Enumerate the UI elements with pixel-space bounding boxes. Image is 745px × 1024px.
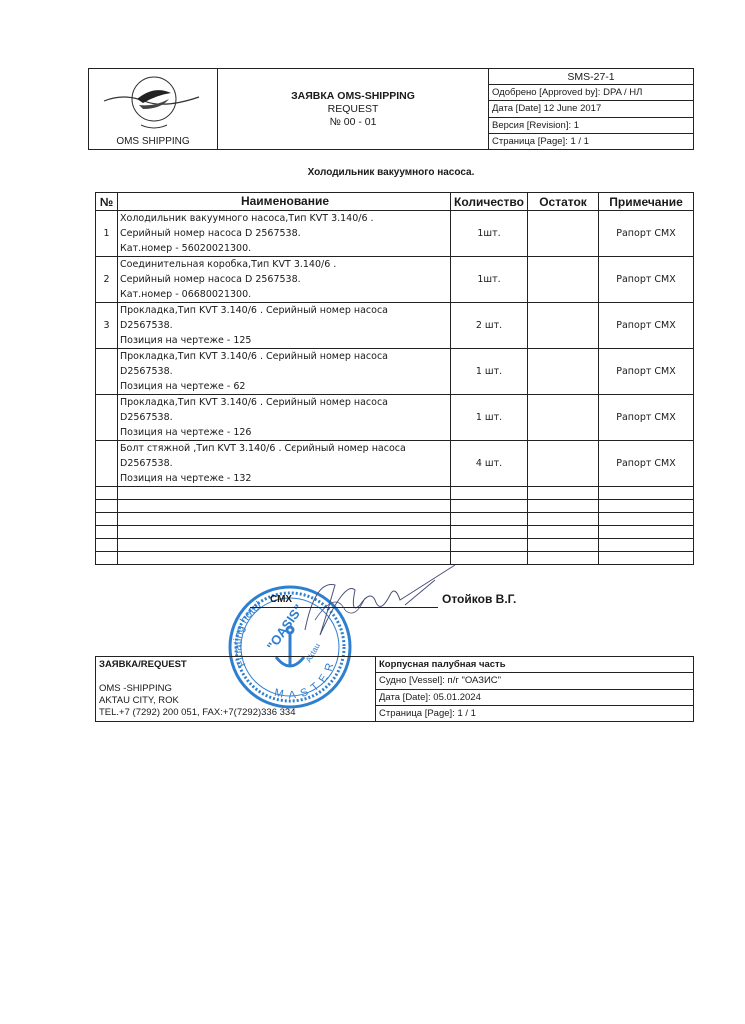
item-note: Рапорт СМХ [599, 395, 694, 441]
item-name: Холодильник вакуумного насоса,Тип KVT 3.… [118, 211, 451, 257]
signature-line [250, 607, 438, 608]
empty-table-row [96, 513, 694, 526]
logo-cell: OMS SHIPPING [89, 69, 218, 150]
item-name: Прокладка,Тип KVT 3.140/6 . Серийный ном… [118, 349, 451, 395]
signer-role: СМХ [270, 594, 292, 605]
item-quantity: 2 шт. [451, 303, 528, 349]
empty-table-row [96, 500, 694, 513]
footer-page: Страница [Page]: 1 / 1 [376, 705, 694, 721]
item-quantity: 1шт. [451, 211, 528, 257]
item-name-line: Серийный номер насоса D 2567538. [120, 226, 450, 241]
item-remainder [528, 441, 599, 487]
footer-date: Дата [Date]: 05.01.2024 [376, 689, 694, 705]
items-table: № Наименование Количество Остаток Примеч… [95, 192, 694, 565]
empty-table-row [96, 526, 694, 539]
footer-vessel: Судно [Vessel]: п/г "ОАЗИС" [376, 673, 694, 689]
item-remainder [528, 395, 599, 441]
item-name: Прокладка,Тип KVT 3.140/6 . Серийный ном… [118, 395, 451, 441]
table-header-row: № Наименование Количество Остаток Примеч… [96, 193, 694, 211]
col-name: Наименование [118, 193, 451, 211]
oms-logo-icon [99, 71, 209, 133]
item-number [96, 441, 118, 487]
empty-table-row [96, 487, 694, 500]
item-name-line: Прокладка,Тип KVT 3.140/6 . Серийный ном… [120, 395, 450, 410]
item-note: Рапорт СМХ [599, 441, 694, 487]
item-name: Соединительная коробка,Тип KVT 3.140/6 .… [118, 257, 451, 303]
item-number: 3 [96, 303, 118, 349]
company-name: OMS SHIPPING [89, 136, 217, 147]
item-name-line: Болт стяжной ,Тип KVT 3.140/6 . Сєрийный… [120, 441, 450, 456]
item-name-line: Позиция на чертеже - 62 [120, 379, 450, 394]
table-row: 1Холодильник вакуумного насоса,Тип KVT 3… [96, 211, 694, 257]
col-quantity: Количество [451, 193, 528, 211]
document-header: OMS SHIPPING ЗАЯВКА OMS-SHIPPING REQUEST… [88, 68, 694, 150]
item-remainder [528, 257, 599, 303]
form-revision: Версия [Revision]: 1 [489, 117, 694, 133]
item-name-line: Кат.номер - 06680021300. [120, 287, 450, 302]
item-remainder [528, 303, 599, 349]
item-number: 2 [96, 257, 118, 303]
document-title: Холодильник вакуумного насоса. [88, 167, 694, 178]
empty-table-row [96, 539, 694, 552]
item-remainder [528, 349, 599, 395]
item-note: Рапорт СМХ [599, 303, 694, 349]
footer-city: AKTAU CITY, ROK [99, 695, 372, 707]
approved-by: Одобрено [Approved by]: DPA / НЛ [489, 85, 694, 101]
document-footer: ЗАЯВКА/REQUEST OMS -SHIPPING AKTAU CITY,… [95, 656, 694, 722]
table-row: Прокладка,Тип KVT 3.140/6 . Серийный ном… [96, 349, 694, 395]
item-number: 1 [96, 211, 118, 257]
item-name-line: D2567538. [120, 456, 450, 471]
footer-company-block: ЗАЯВКА/REQUEST OMS -SHIPPING AKTAU CITY,… [96, 657, 376, 722]
item-name-line: Позиция на чертеже - 125 [120, 333, 450, 348]
item-name-line: Позиция на чертеже - 126 [120, 425, 450, 440]
handwritten-signature [285, 560, 465, 640]
form-code: SMS-27-1 [489, 69, 694, 85]
item-name: Болт стяжной ,Тип KVT 3.140/6 . Сєрийный… [118, 441, 451, 487]
request-title: ЗАЯВКА OMS-SHIPPING REQUEST № 00 - 01 [218, 69, 489, 150]
item-name: Прокладка,Тип KVT 3.140/6 . Серийный ном… [118, 303, 451, 349]
footer-request-label: ЗАЯВКА/REQUEST [99, 659, 372, 671]
title-line-2: REQUEST [218, 103, 488, 116]
item-note: Рапорт СМХ [599, 349, 694, 395]
item-quantity: 1 шт. [451, 395, 528, 441]
item-quantity: 1 шт. [451, 349, 528, 395]
footer-department: Корпусная палубная часть [376, 657, 694, 673]
table-row: Прокладка,Тип KVT 3.140/6 . Серийный ном… [96, 395, 694, 441]
item-quantity: 4 шт. [451, 441, 528, 487]
item-name-line: Прокладка,Тип KVT 3.140/6 . Серийный ном… [120, 349, 450, 364]
item-name-line: Холодильник вакуумного насоса,Тип KVT 3.… [120, 211, 450, 226]
footer-contacts: TEL.+7 (7292) 200 051, FAX:+7(7292)336 3… [99, 707, 372, 719]
item-note: Рапорт СМХ [599, 257, 694, 303]
item-name-line: Соединительная коробка,Тип KVT 3.140/6 . [120, 257, 450, 272]
item-number [96, 349, 118, 395]
item-name-line: Серийный номер насоса D 2567538. [120, 272, 450, 287]
form-page: Страница [Page]: 1 / 1 [489, 133, 694, 149]
table-row: 3Прокладка,Тип KVT 3.140/6 . Серийный но… [96, 303, 694, 349]
col-number: № [96, 193, 118, 211]
item-name-line: Кат.номер - 56020021300. [120, 241, 450, 256]
item-name-line: D2567538. [120, 364, 450, 379]
item-number [96, 395, 118, 441]
table-row: 2Соединительная коробка,Тип KVT 3.140/6 … [96, 257, 694, 303]
item-name-line: D2567538. [120, 410, 450, 425]
signer-name: Отойков В.Г. [442, 592, 516, 606]
item-name-line: D2567538. [120, 318, 450, 333]
title-line-1: ЗАЯВКА OMS-SHIPPING [218, 90, 488, 103]
item-name-line: Прокладка,Тип KVT 3.140/6 . Серийный ном… [120, 303, 450, 318]
footer-company: OMS -SHIPPING [99, 683, 372, 695]
form-date: Дата [Date] 12 June 2017 [489, 101, 694, 117]
col-remainder: Остаток [528, 193, 599, 211]
item-name-line: Позиция на чертеже - 132 [120, 471, 450, 486]
item-quantity: 1шт. [451, 257, 528, 303]
request-number: № 00 - 01 [218, 116, 488, 129]
item-note: Рапорт СМХ [599, 211, 694, 257]
col-note: Примечание [599, 193, 694, 211]
table-row: Болт стяжной ,Тип KVT 3.140/6 . Сєрийный… [96, 441, 694, 487]
item-remainder [528, 211, 599, 257]
